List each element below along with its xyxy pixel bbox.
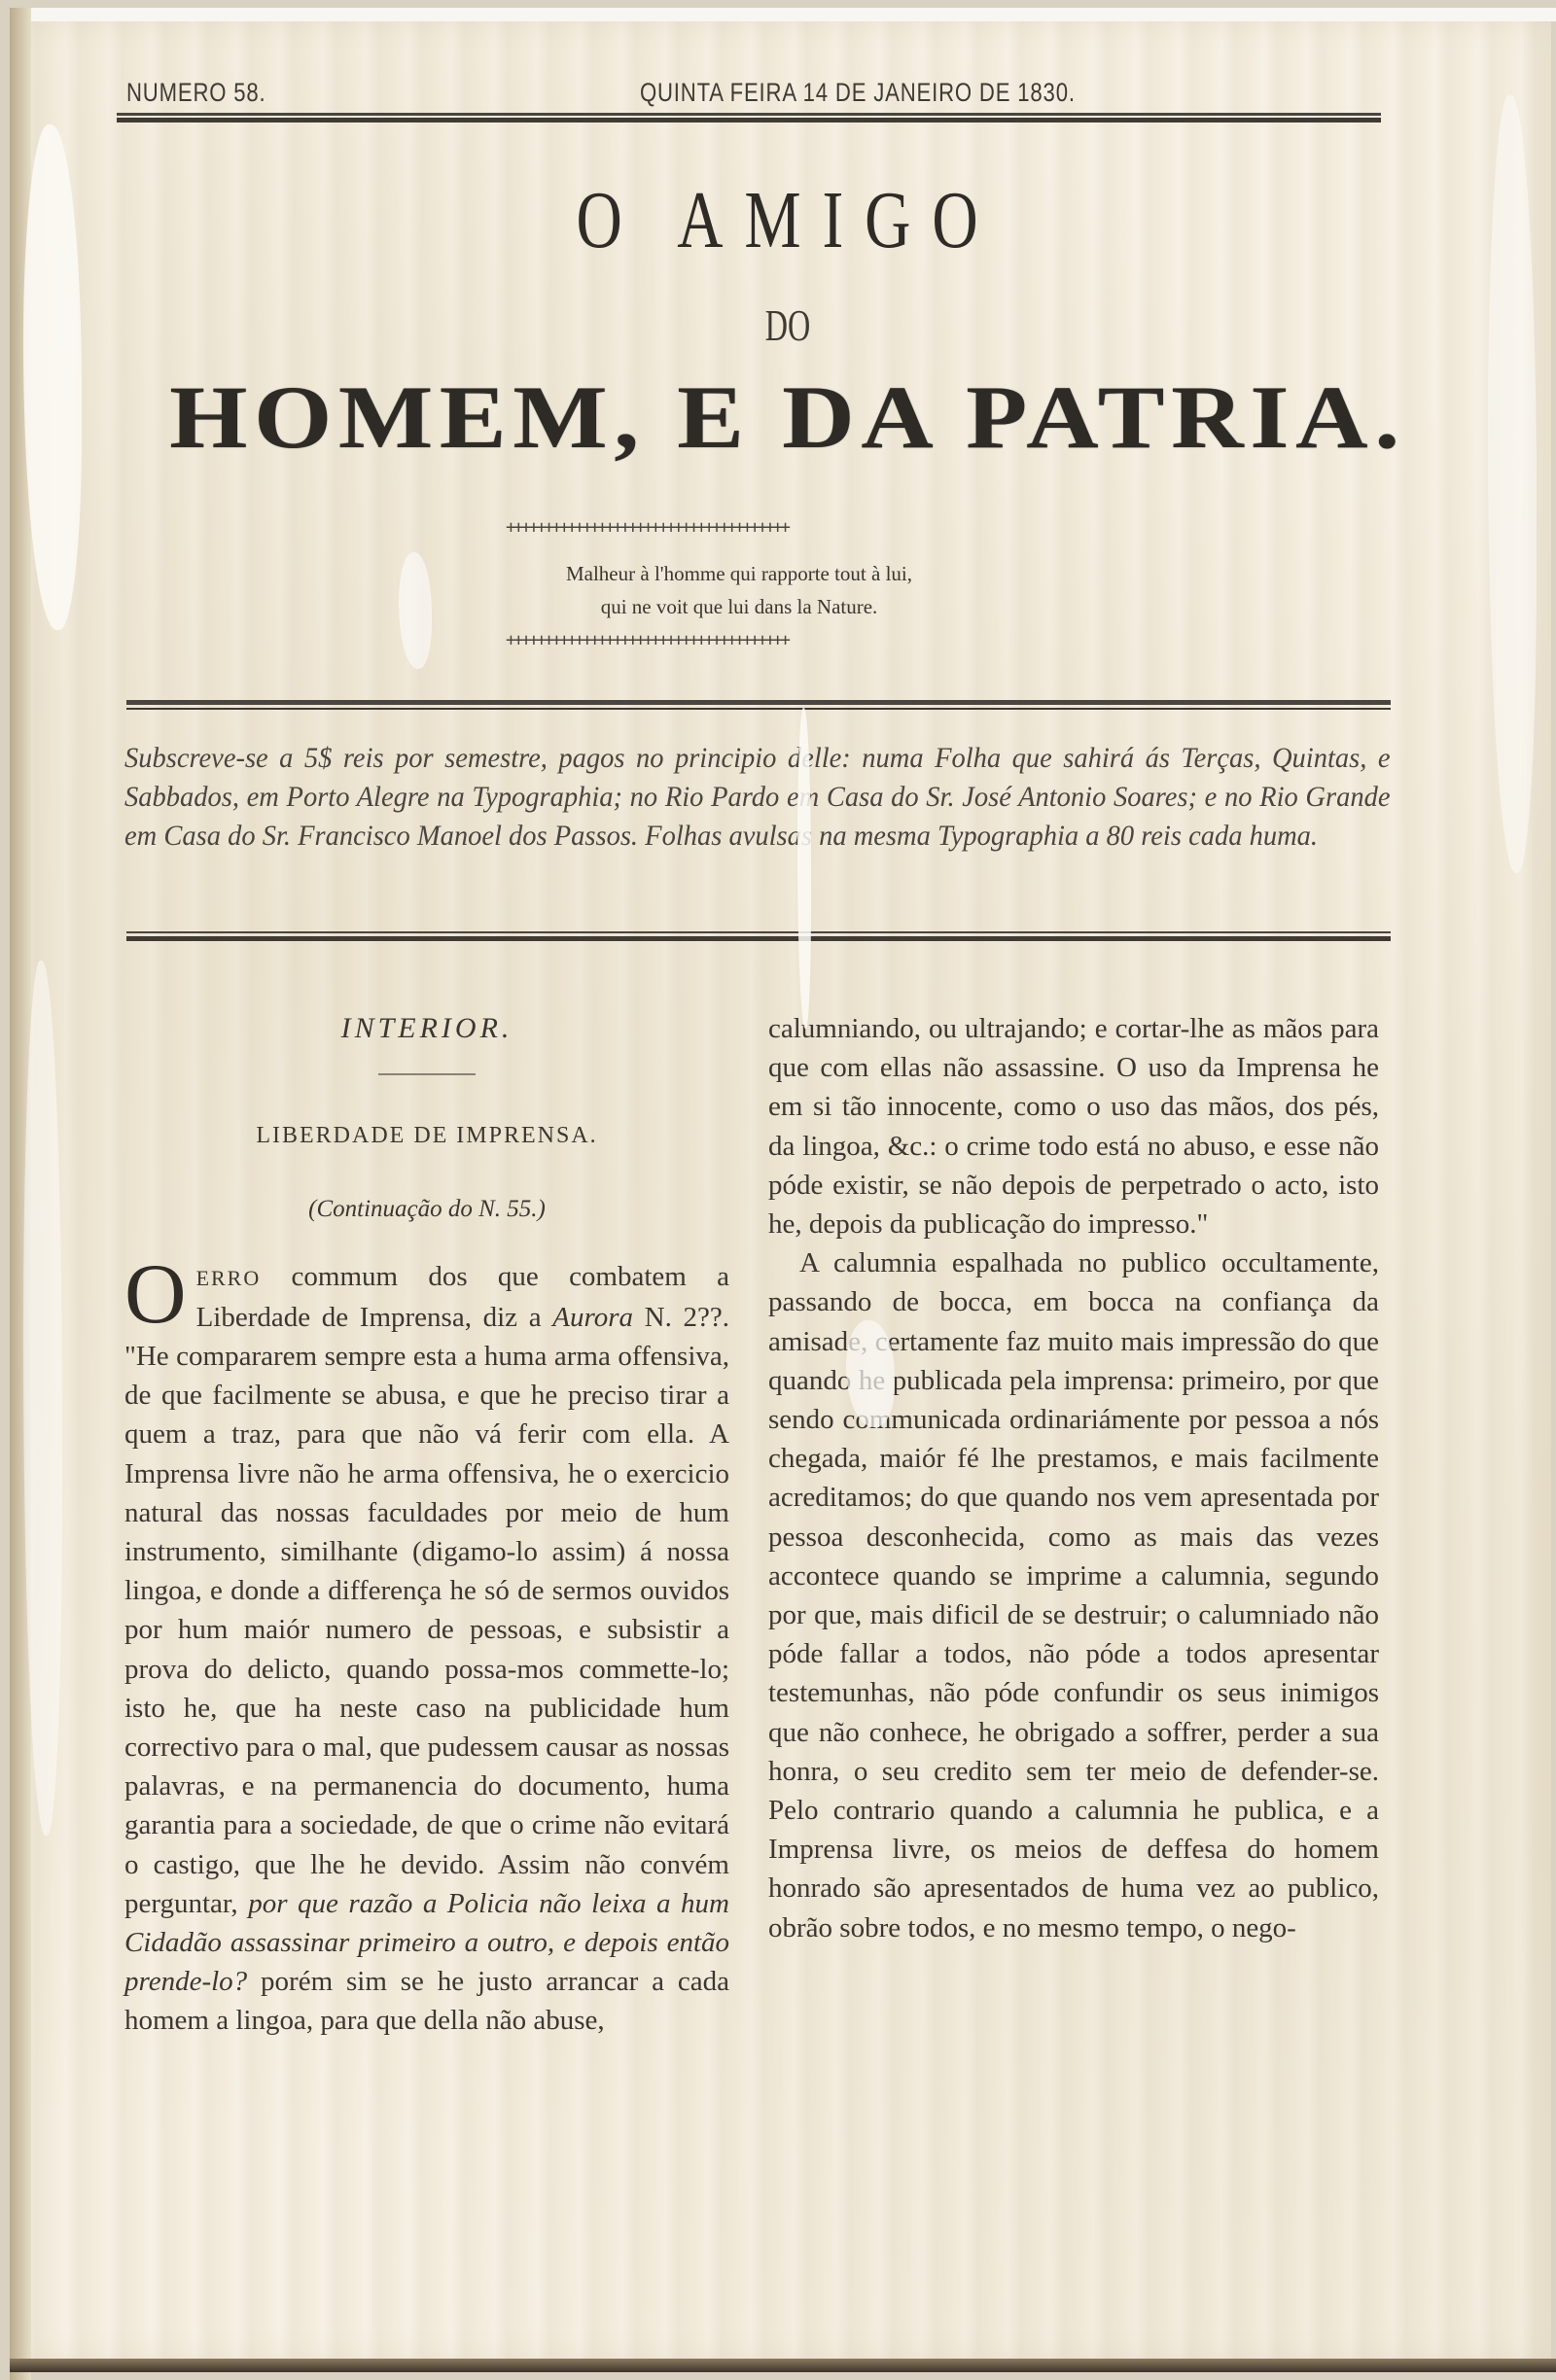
newspaper-page: NUMERO 58. QUINTA FEIRA 14 DE JANEIRO DE… <box>10 8 1551 2372</box>
subscription-notice: Subscreve-se a 5$ reis por semestre, pag… <box>124 739 1391 856</box>
paper-damage <box>399 552 432 669</box>
masthead-rule-top <box>117 113 1381 122</box>
paper-damage <box>23 124 82 630</box>
epigraph: Malheur à l'homme qui rapporte tout à lu… <box>467 557 1011 623</box>
drop-cap: O <box>124 1261 187 1329</box>
paragraph-text: N. 2??. "He compararem sempre esta a hum… <box>124 1302 729 1919</box>
article-title: LIBERDADE DE IMPRENSA. <box>124 1116 729 1155</box>
scan-bottom-edge <box>10 2359 1556 2372</box>
scan-top-margin <box>10 8 1556 21</box>
subscription-rule-bottom <box>126 931 1391 941</box>
ornament-rule-top: +++++++++++++++++++++++++++++++++++++ <box>506 517 1002 538</box>
section-divider <box>378 1073 476 1075</box>
title-homem-e-da-patria: HOMEM, E DA PATRIA. <box>0 366 1556 469</box>
issue-date: QUINTA FEIRA 14 DE JANEIRO DE 1830. <box>640 78 1076 108</box>
epigraph-line-1: Malheur à l'homme qui rapporte tout à lu… <box>467 557 1011 590</box>
section-heading: INTERIOR. <box>124 1009 729 1048</box>
first-word: ERRO <box>196 1266 262 1290</box>
issue-number: NUMERO 58. <box>126 78 266 108</box>
paper-damage <box>1488 95 1537 873</box>
title-do: DO <box>243 299 1332 351</box>
epigraph-line-2: qui ne voit que lui dans la Nature. <box>467 590 1011 623</box>
column-left: INTERIOR. LIBERDADE DE IMPRENSA. (Contin… <box>124 1009 729 2041</box>
column-right: calumniando, ou ultrajando; e cortar-lhe… <box>768 1009 1379 1947</box>
article-paragraph-continued: calumniando, ou ultrajando; e cortar-lhe… <box>768 1009 1379 1243</box>
dateline: NUMERO 58. QUINTA FEIRA 14 DE JANEIRO DE… <box>126 78 1355 108</box>
subscription-rule-top <box>126 700 1391 710</box>
newspaper-name-aurora: Aurora <box>552 1302 633 1333</box>
article-paragraph-1: O ERRO commum dos que combatem a Liberda… <box>124 1257 729 2041</box>
title-o-amigo: O AMIGO <box>181 173 1395 267</box>
ornament-rule-bottom: +++++++++++++++++++++++++++++++++++++ <box>506 630 1002 650</box>
article-continuation-note: (Continuação do N. 55.) <box>124 1190 729 1229</box>
